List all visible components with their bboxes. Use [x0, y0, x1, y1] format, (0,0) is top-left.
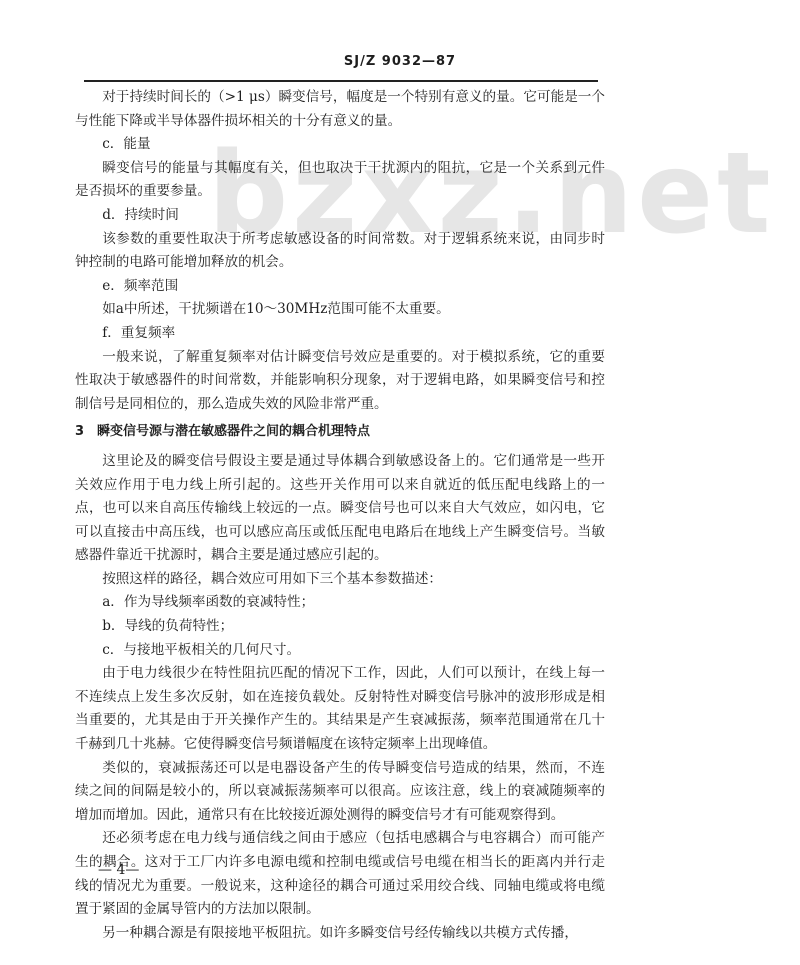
paragraph: 一般来说，了解重复频率对估计瞬变信号效应是重要的。对于模拟系统，它的重要性取决于… [75, 346, 605, 417]
document-body: 对于持续时间长的（>1 μs）瞬变信号，幅度是一个特别有意义的量。它可能是一个与… [75, 86, 605, 945]
paragraph: 如a中所述，干扰频谱在10～30MHz范围可能不太重要。 [75, 298, 605, 322]
header-rule [84, 80, 598, 82]
subheading-duration: d．持续时间 [75, 204, 605, 228]
section-heading: 3 瞬变信号源与潜在敏感器件之间的耦合机理特点 [75, 420, 605, 444]
subheading-energy: c．能量 [75, 133, 605, 157]
list-item: a．作为导线频率函数的衰减特性； [75, 591, 605, 615]
paragraph: 按照这样的路径，耦合效应可用如下三个基本参数描述： [75, 568, 605, 592]
paragraph: 另一种耦合源是有限接地平板阻抗。如许多瞬变信号经传输线以共模方式传播， [75, 922, 605, 946]
subheading-repetition-rate: f．重复频率 [75, 322, 605, 346]
document-code-header: SJ/Z 9032—87 [0, 54, 800, 69]
paragraph: 瞬变信号的能量与其幅度有关，但也取决于干扰源内的阻抗，它是一个关系到元件是否损坏… [75, 157, 605, 204]
list-item: c．与接地平板相关的几何尺寸。 [75, 639, 605, 663]
list-item: b．导线的负荷特性； [75, 615, 605, 639]
paragraph: 还必须考虑在电力线与通信线之间由于感应（包括电感耦合与电容耦合）而可能产生的耦合… [75, 827, 605, 921]
paragraph: 由于电力线很少在特性阻抗匹配的情况下工作，因此，人们可以预计，在线上每一不连续点… [75, 662, 605, 756]
paragraph: 对于持续时间长的（>1 μs）瞬变信号，幅度是一个特别有意义的量。它可能是一个与… [75, 86, 605, 133]
paragraph: 这里论及的瞬变信号假设主要是通过导体耦合到敏感设备上的。它们通常是一些开关效应作… [75, 450, 605, 568]
paragraph: 该参数的重要性取决于所考虑敏感设备的时间常数。对于逻辑系统来说，由同步时钟控制的… [75, 228, 605, 275]
paragraph: 类似的，衰减振荡还可以是电器设备产生的传导瞬变信号造成的结果，然而，不连续之间的… [75, 757, 605, 828]
subheading-frequency-range: e．频率范围 [75, 275, 605, 299]
